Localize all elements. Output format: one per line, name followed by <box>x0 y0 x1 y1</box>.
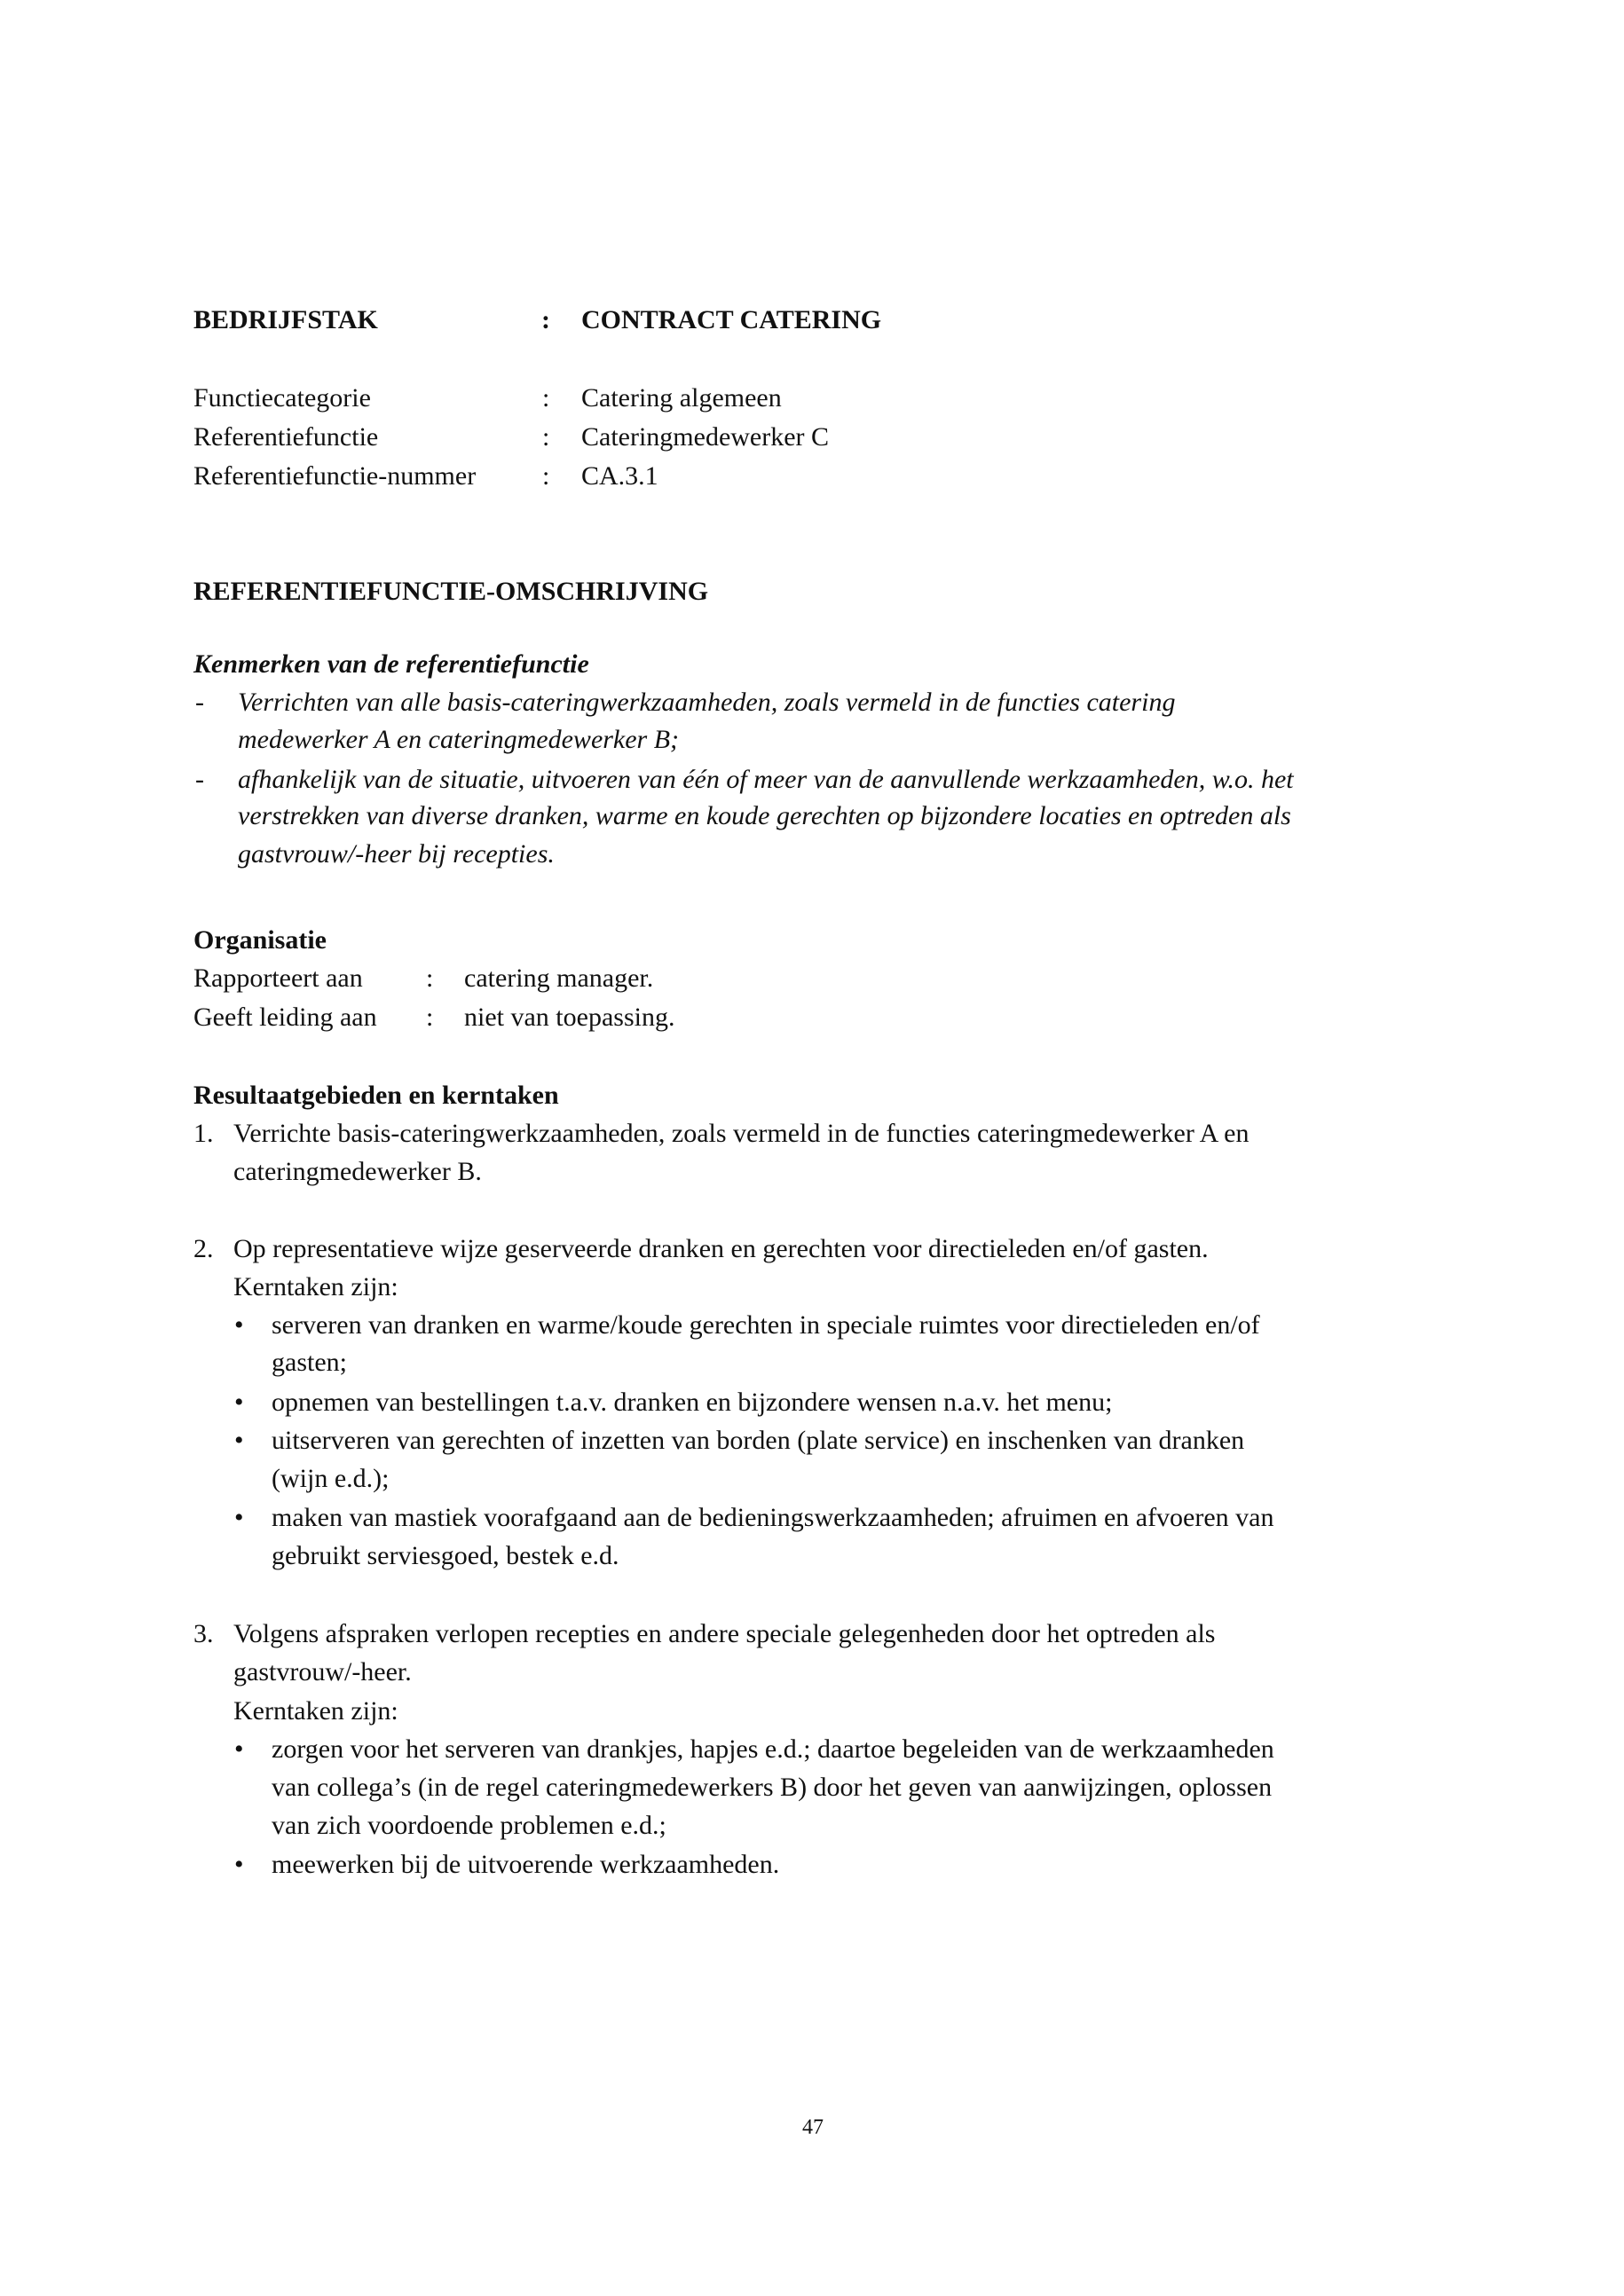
result-line: Op representatieve wijze geserveerde dra… <box>233 1231 1209 1267</box>
result-line: gastvrouw/-heer. <box>233 1655 412 1690</box>
bullet-icon: • <box>234 1385 244 1420</box>
result-number: 2. <box>193 1231 214 1267</box>
characteristics-heading: Kenmerken van de referentiefunctie <box>193 647 589 682</box>
bullet-icon: • <box>234 1732 244 1767</box>
bullet-icon: • <box>234 1423 244 1459</box>
org-separator: : <box>426 1000 433 1035</box>
field-label-functiecategorie: Functiecategorie <box>193 381 371 416</box>
characteristic-line: medewerker A en cateringmedewerker B; <box>238 722 679 758</box>
dash-marker: - <box>195 685 204 720</box>
characteristic-line: afhankelijk van de situatie, uitvoeren v… <box>238 762 1294 798</box>
field-value-functiecategorie: Catering algemeen <box>581 381 782 416</box>
organisation-heading: Organisatie <box>193 923 327 958</box>
org-label-leiding: Geeft leiding aan <box>193 1000 377 1035</box>
org-label-rapporteert: Rapporteert aan <box>193 961 363 996</box>
field-separator: : <box>542 381 549 416</box>
org-value-rapporteert: catering manager. <box>464 961 653 996</box>
org-value-leiding: niet van toepassing. <box>464 1000 674 1035</box>
task-line: (wijn e.d.); <box>272 1461 389 1497</box>
bullet-icon: • <box>234 1308 244 1343</box>
result-line: Volgens afspraken verlopen recepties en … <box>233 1616 1215 1652</box>
sector-separator: : <box>541 303 550 338</box>
characteristic-line: gastvrouw/-heer bij recepties. <box>238 837 555 872</box>
result-number: 1. <box>193 1116 214 1152</box>
task-line: meewerken bij de uitvoerende werkzaamhed… <box>272 1847 779 1883</box>
result-line: Verrichte basis-cateringwerkzaamheden, z… <box>233 1116 1249 1152</box>
task-line: uitserveren van gerechten of inzetten va… <box>272 1423 1244 1459</box>
task-line: van collega’s (in de regel cateringmedew… <box>272 1770 1272 1805</box>
task-line: gebruikt serviesgoed, bestek e.d. <box>272 1538 619 1574</box>
field-label-referentiefunctie: Referentiefunctie <box>193 420 378 455</box>
sector-value: CONTRACT CATERING <box>581 303 881 338</box>
field-separator: : <box>542 459 549 494</box>
bullet-icon: • <box>234 1847 244 1883</box>
org-separator: : <box>426 961 433 996</box>
task-line: zorgen voor het serveren van drankjes, h… <box>272 1732 1274 1767</box>
result-number: 3. <box>193 1616 214 1652</box>
bullet-icon: • <box>234 1500 244 1536</box>
section-title-omschrijving: REFERENTIEFUNCTIE-OMSCHRIJVING <box>193 574 708 609</box>
results-heading: Resultaatgebieden en kerntaken <box>193 1078 559 1113</box>
dash-marker: - <box>195 762 204 798</box>
field-separator: : <box>542 420 549 455</box>
task-line: maken van mastiek voorafgaand aan de bed… <box>272 1500 1274 1536</box>
page-number: 47 <box>802 2114 824 2141</box>
result-line: cateringmedewerker B. <box>233 1154 482 1190</box>
characteristic-line: verstrekken van diverse dranken, warme e… <box>238 798 1291 834</box>
tasks-label: Kerntaken zijn: <box>233 1694 398 1729</box>
sector-label: BEDRIJFSTAK <box>193 303 378 338</box>
field-label-referentiefunctie-nummer: Referentiefunctie-nummer <box>193 459 476 494</box>
field-value-referentiefunctie-nummer: CA.3.1 <box>581 459 658 494</box>
field-value-referentiefunctie: Cateringmedewerker C <box>581 420 829 455</box>
task-line: opnemen van bestellingen t.a.v. dranken … <box>272 1385 1112 1420</box>
task-line: serveren van dranken en warme/koude gere… <box>272 1308 1260 1343</box>
task-line: gasten; <box>272 1345 347 1380</box>
characteristic-line: Verrichten van alle basis-cateringwerkza… <box>238 685 1175 720</box>
tasks-label: Kerntaken zijn: <box>233 1270 398 1305</box>
task-line: van zich voordoende problemen e.d.; <box>272 1808 666 1844</box>
